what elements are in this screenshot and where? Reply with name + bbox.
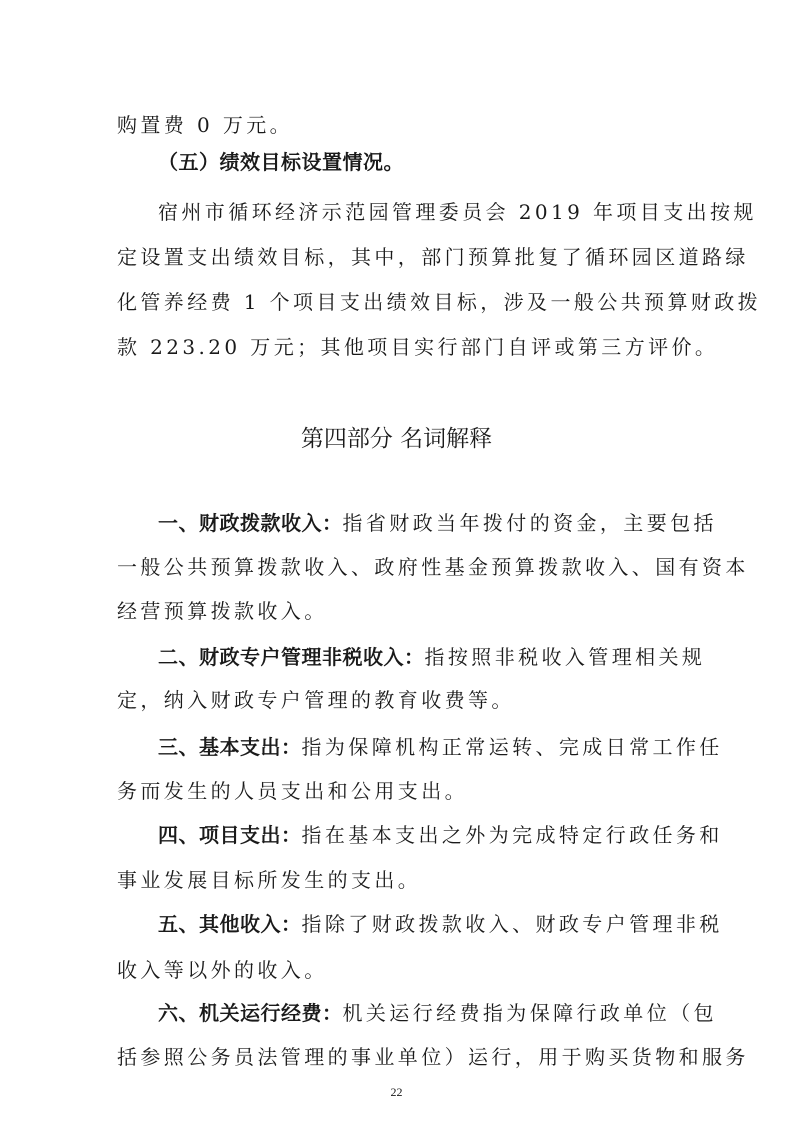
term-label: 五、其他收入： (158, 912, 302, 936)
term-line: 三、基本支出：指为保障机构正常运转、完成日常工作任 (158, 734, 698, 760)
term-label: 三、基本支出： (158, 735, 302, 759)
part-title: 第四部分 名词解释 (0, 424, 793, 454)
term-line: 四、项目支出：指在基本支出之外为完成特定行政任务和 (158, 822, 698, 848)
term-label: 六、机关运行经费： (158, 1001, 343, 1025)
paragraph-line: 定，纳入财政专户管理的教育收费等。 (117, 687, 697, 713)
paragraph-line: 一般公共预算拨款收入、政府性基金预算拨款收入、国有资本 (117, 554, 697, 580)
paragraph-line: 收入等以外的收入。 (117, 957, 697, 983)
page-number: 22 (0, 1085, 793, 1100)
paragraph-line: 经营预算拨款收入。 (117, 598, 697, 624)
paragraph-line: 化管养经费 1 个项目支出绩效目标，涉及一般公共预算财政拨 (117, 289, 697, 315)
term-definition: 指按照非税收入管理相关规 (425, 645, 706, 669)
paragraph-line: 事业发展目标所发生的支出。 (117, 867, 697, 893)
term-definition: 指除了财政拨款收入、财政专户管理非税 (302, 912, 723, 936)
term-line: 一、财政拨款收入：指省财政当年拨付的资金，主要包括 (158, 510, 698, 536)
paragraph-line: 款 223.20 万元；其他项目实行部门自评或第三方评价。 (117, 334, 697, 360)
term-definition: 指省财政当年拨付的资金，主要包括 (343, 511, 717, 535)
paragraph-line: 务而发生的人员支出和公用支出。 (117, 778, 697, 804)
term-label: 四、项目支出： (158, 823, 302, 847)
term-definition: 指为保障机构正常运转、完成日常工作任 (302, 735, 723, 759)
section-heading: （五）绩效目标设置情况。 (158, 149, 698, 175)
paragraph-line: 宿州市循环经济示范园管理委员会 2019 年项目支出按规 (158, 199, 698, 225)
term-line: 二、财政专户管理非税收入：指按照非税收入管理相关规 (158, 644, 698, 670)
term-definition: 机关运行经费指为保障行政单位（包 (343, 1001, 717, 1025)
term-line: 六、机关运行经费：机关运行经费指为保障行政单位（包 (158, 1000, 698, 1026)
term-line: 五、其他收入：指除了财政拨款收入、财政专户管理非税 (158, 911, 698, 937)
term-label: 二、财政专户管理非税收入： (158, 645, 425, 669)
term-definition: 指在基本支出之外为完成特定行政任务和 (302, 823, 723, 847)
term-label: 一、财政拨款收入： (158, 511, 343, 535)
paragraph-line: 括参照公务员法管理的事业单位）运行，用于购买货物和服务 (117, 1044, 697, 1070)
paragraph-line: 购置费 0 万元。 (117, 112, 697, 138)
paragraph-line: 定设置支出绩效目标，其中，部门预算批复了循环园区道路绿 (117, 244, 697, 270)
